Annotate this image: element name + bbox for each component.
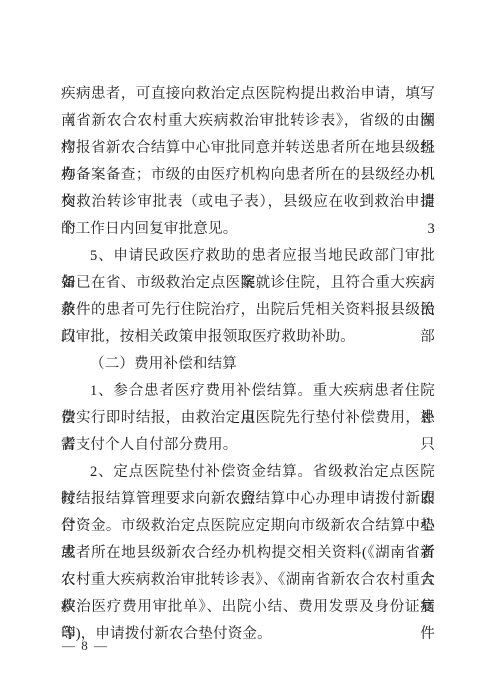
- text-line: 交救治转诊审批表（或电子表），县级应在收到救治申请的 3: [61, 189, 435, 216]
- text-line: 1、参合患者医疗费用补偿结算。重大疾病患者住院费用补: [61, 378, 435, 405]
- text-line: 付资金。市级救治定点医院应定期向市级新农合结算中心或者: [61, 513, 435, 540]
- text-line: 患者所在地县级新农合经办机构提交相关资料(《湖南省新农合: [61, 540, 435, 567]
- text-line: 条件的患者可先行住院治疗，出院后凭相关资料报县级民政部: [61, 297, 435, 324]
- text-line: 构报省新农合结算中心审批同意并转送患者所在地县级经办机: [61, 135, 435, 162]
- text-line: 2、定点医院垫付补偿资金结算。省级救治定点医院按照即: [61, 459, 435, 486]
- text-line: 疾病患者，可直接向救治定点医院构提出救治申请，填写《湖: [61, 81, 435, 108]
- text-line: 农村重大疾病救治审批转诊表》、《湖南省新农合农村重大疾病: [61, 567, 435, 594]
- text-line: 南省新农合农村重大疾病救治审批转诊表》，省级的由医疗机: [61, 108, 435, 135]
- text-line: 5、申请民政医疗救助的患者应报当地民政部门审批备案。: [61, 243, 435, 270]
- text-line: 时结报结算管理要求向新农合结算中心办理申请拨付新农合垫: [61, 486, 435, 513]
- document-body: 疾病患者，可直接向救治定点医院构提出救治申请，填写《湖 南省新农合农村重大疾病救…: [61, 81, 435, 648]
- text-line: 如已在省、市级救治定点医院就诊住院，且符合重大疾病救治: [61, 270, 435, 297]
- page-number: — 8 —: [62, 638, 109, 654]
- text-line: 构备案备查；市级的由医疗机构向患者所在的县级经办机构提: [61, 162, 435, 189]
- section-heading: （二）费用补偿和结算: [61, 351, 435, 378]
- text-line: 偿实行即时结报，由救治定点医院先行垫付补偿费用，患者只: [61, 405, 435, 432]
- document-page: 疾病患者，可直接向救治定点医院构提出救治申请，填写《湖 南省新农合农村重大疾病救…: [0, 0, 495, 700]
- text-line: 救治医疗费用审批单》、出院小结、费用发票及身份证复印件: [61, 594, 435, 621]
